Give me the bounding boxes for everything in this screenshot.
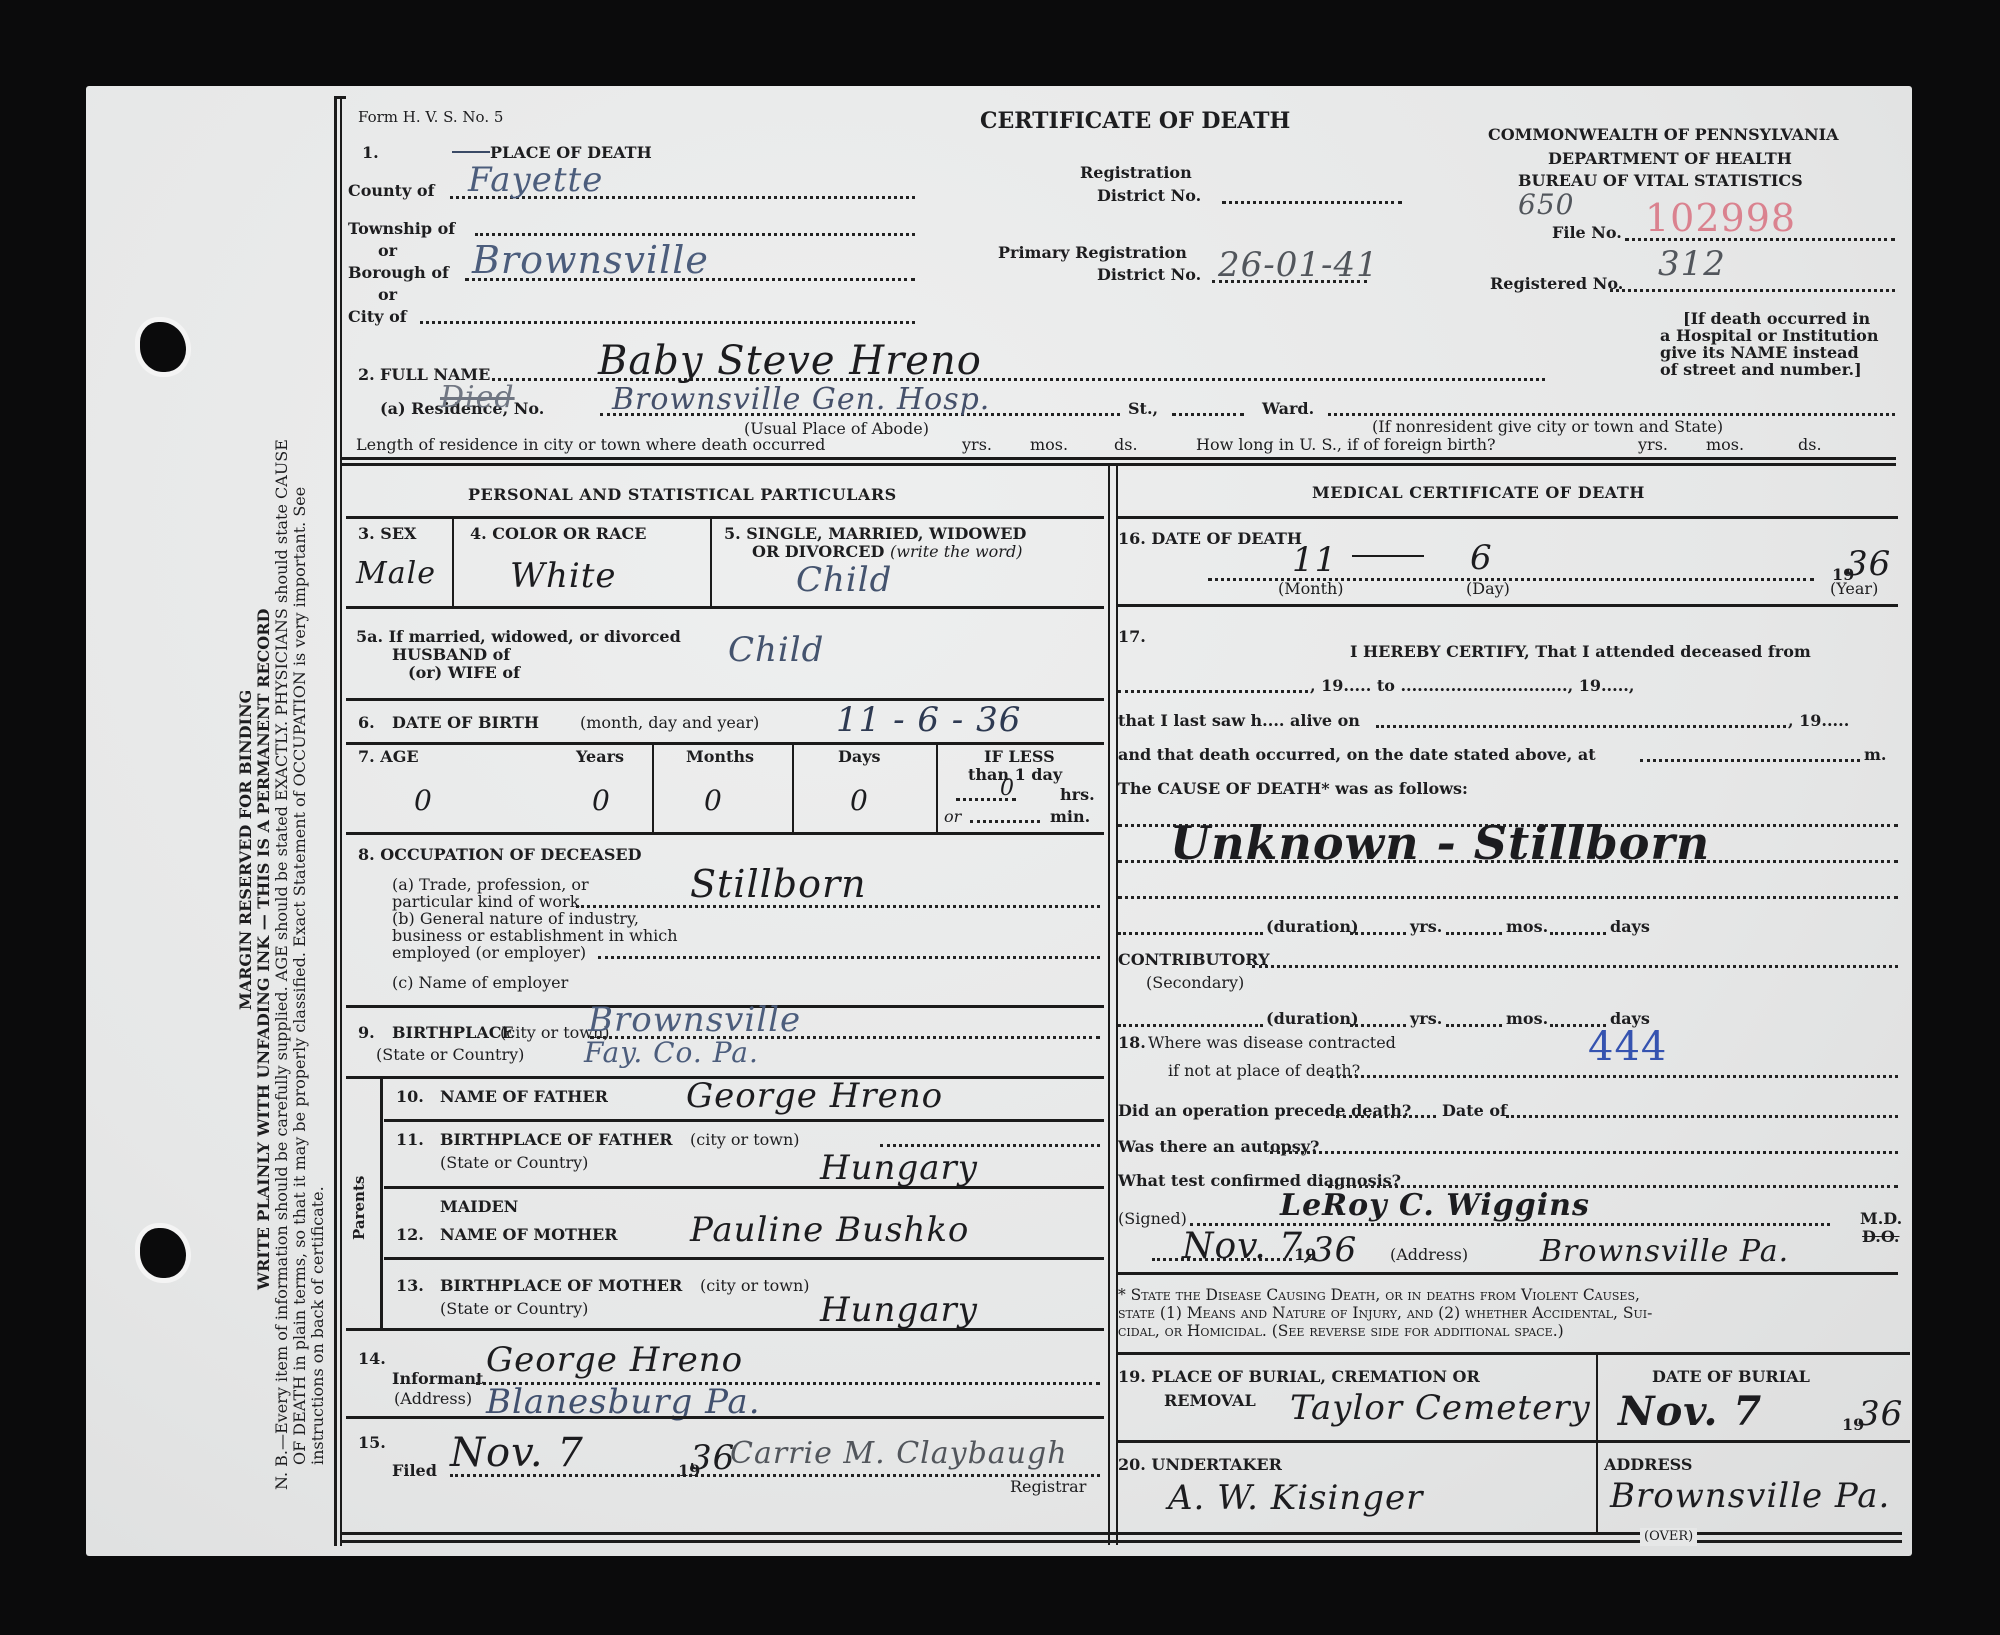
- item-number-13: 13.: [396, 1277, 424, 1295]
- spouse-field[interactable]: Child: [728, 630, 824, 670]
- cause-days-field[interactable]: [1550, 932, 1606, 935]
- dod-dash: [1352, 555, 1424, 557]
- file-no-stamp: 102998: [1645, 196, 1796, 240]
- than-one-day-label: than 1 day: [968, 766, 1062, 784]
- how-long-us-label: How long in U. S., if of foreign birth?: [1196, 436, 1496, 454]
- death-time-label: and that death occurred, on the date sta…: [1118, 746, 1596, 764]
- marital-label-2: OR DIVORCED: [752, 543, 884, 561]
- cause-mos-field[interactable]: [1446, 932, 1502, 935]
- registration-district-field[interactable]: [1222, 201, 1402, 204]
- item-number-11: 11.: [396, 1131, 424, 1149]
- contributory-field[interactable]: [1252, 965, 1898, 968]
- divider-race: [710, 518, 712, 606]
- birthplace-label: BIRTHPLACE: [392, 1024, 514, 1042]
- contrib-duration-dots: [1118, 1024, 1263, 1027]
- nonresident-note: (If nonresident give city or town and St…: [1372, 418, 1723, 436]
- physician-signature-field[interactable]: LeRoy C. Wiggins: [1280, 1188, 1590, 1223]
- item-number-2: 2.: [358, 366, 375, 384]
- margin-line-1: MARGIN RESERVED FOR BINDING: [236, 690, 255, 1010]
- dod-month-field[interactable]: 11: [1292, 540, 1337, 580]
- divider-dod: [1118, 604, 1898, 607]
- divider-signed: [1118, 1272, 1898, 1275]
- mother-birthplace-hint: (city or town): [700, 1277, 810, 1295]
- city-label: City of: [348, 308, 407, 326]
- dod-year-field[interactable]: 36: [1846, 544, 1891, 584]
- maiden-label: MAIDEN: [440, 1198, 518, 1216]
- days-label-1: days: [1610, 918, 1650, 936]
- attended-from-field[interactable]: [1118, 690, 1308, 693]
- divider-medical: [1118, 516, 1898, 519]
- divider-sex-row: [346, 606, 1104, 609]
- signed-label: (Signed): [1118, 1210, 1187, 1228]
- informant-address-label: (Address): [394, 1390, 472, 1408]
- undertaker-address-label: ADDRESS: [1604, 1456, 1692, 1474]
- spouse-label-1: 5a. If married, widowed, or divorced: [356, 628, 681, 646]
- occupation-b-field[interactable]: [598, 956, 1100, 959]
- cause-duration-dots: [1118, 932, 1263, 935]
- dod-day-field[interactable]: 6: [1470, 538, 1493, 578]
- registrar-label: Registrar: [1010, 1478, 1086, 1496]
- full-name-field[interactable]: Baby Steve Hreno: [598, 338, 982, 384]
- dob-field[interactable]: 11 - 6 - 36: [836, 700, 1021, 740]
- occupation-label: 8. OCCUPATION OF DECEASED: [358, 846, 641, 864]
- physician-address-label: (Address): [1390, 1246, 1468, 1264]
- autopsy-field[interactable]: [1270, 1151, 1898, 1154]
- last-saw-label: that I last saw h.... alive on: [1118, 712, 1360, 730]
- sex-field[interactable]: Male: [356, 556, 436, 591]
- month-caption: (Month): [1278, 580, 1344, 598]
- day-caption: (Day): [1466, 580, 1510, 598]
- margin-line-5: instructions on back of certificate.: [308, 1186, 327, 1465]
- cause-label: The CAUSE OF DEATH* was as follows:: [1118, 780, 1468, 798]
- birthplace-state-field[interactable]: Fay. Co. Pa.: [584, 1036, 759, 1069]
- days-field[interactable]: 0: [850, 784, 869, 817]
- registrar-signature: Carrie M. Claybaugh: [730, 1436, 1068, 1471]
- or-label: or: [944, 808, 961, 826]
- margin-line-3: N. B.—Every item of information should b…: [272, 439, 291, 1490]
- duration-label-1: (duration): [1266, 918, 1359, 936]
- filed-label: Filed: [392, 1462, 437, 1480]
- signed-year-field[interactable]: 36: [1312, 1230, 1357, 1270]
- attended-range-text: , 19..... to ...........................…: [1310, 677, 1634, 695]
- length-residence-label: Length of residence in city or town wher…: [356, 436, 825, 454]
- contracted-annotation: 444: [1588, 1024, 1667, 1070]
- agency-line-1: COMMONWEALTH OF PENNSYLVANIA: [1488, 126, 1839, 144]
- file-no-annotation: 650: [1518, 188, 1574, 221]
- informant-field[interactable]: George Hreno: [486, 1340, 743, 1380]
- divider-father: [384, 1119, 1104, 1122]
- us-mos[interactable]: mos.: [1706, 436, 1744, 454]
- burial-place-label-2: REMOVAL: [1164, 1392, 1256, 1410]
- divider-months: [792, 744, 794, 832]
- min-field[interactable]: [970, 820, 1040, 823]
- mother-birthplace-field[interactable]: Hungary: [820, 1290, 978, 1330]
- burial-date-field[interactable]: Nov. 7: [1618, 1388, 1762, 1435]
- us-yrs[interactable]: yrs.: [1638, 436, 1668, 454]
- item-number-15: 15.: [358, 1434, 386, 1452]
- footnote-line-3: cidal, or Homicidal. (See reverse side f…: [1118, 1322, 1564, 1340]
- column-divider-outer: [1108, 463, 1110, 1545]
- frame-left-outer: [334, 96, 337, 1546]
- birthplace-city-field[interactable]: Brownsville: [588, 1000, 801, 1040]
- marital-field[interactable]: Child: [796, 560, 892, 600]
- length-mos[interactable]: mos.: [1030, 436, 1068, 454]
- contrib-yrs-field[interactable]: [1350, 1024, 1406, 1027]
- dob-label: DATE OF BIRTH: [392, 714, 539, 732]
- father-birthplace-state-label: (State or Country): [440, 1154, 588, 1172]
- operation-date-label: Date of: [1442, 1102, 1507, 1120]
- divider-main-top: [340, 457, 1896, 460]
- age-field[interactable]: 0: [414, 784, 433, 817]
- item-number-17: 17.: [1118, 628, 1146, 646]
- divider-father-birthplace: [384, 1186, 1104, 1189]
- spouse-label-3: (or) WIFE of: [408, 664, 520, 682]
- hospital-note-4: of street and number.]: [1660, 361, 1862, 379]
- occupation-c-label: (c) Name of employer: [392, 974, 568, 992]
- divider-sex: [452, 518, 454, 606]
- divider-burial-column: [1596, 1354, 1598, 1532]
- township-label: Township of: [348, 220, 455, 238]
- occupation-a-field[interactable]: Stillborn: [690, 862, 867, 906]
- ward-field[interactable]: [1328, 413, 1895, 416]
- residence-strike: Died: [440, 380, 515, 415]
- yrs-label-1: yrs.: [1410, 918, 1442, 936]
- divider-days: [936, 744, 938, 832]
- ward-label: Ward.: [1262, 400, 1314, 418]
- contrib-mos-field[interactable]: [1446, 1024, 1502, 1027]
- footnote-line-1: * State the Disease Causing Death, or in…: [1118, 1286, 1640, 1304]
- informant-label: Informant: [392, 1370, 483, 1388]
- margin-line-4: OF DEATH in plain terms, so that it may …: [290, 487, 309, 1465]
- item-number-9: 9.: [358, 1024, 375, 1042]
- agency-line-2: DEPARTMENT OF HEALTH: [1548, 150, 1792, 168]
- father-birthplace-city-field[interactable]: [880, 1144, 1100, 1147]
- divider-main-top-2: [340, 463, 1896, 466]
- last-saw-year: , 19.....: [1788, 712, 1849, 730]
- primary-district-field[interactable]: 26-01-41: [1218, 245, 1379, 285]
- divider-parents: [346, 1328, 1104, 1331]
- min-label: min.: [1050, 808, 1090, 826]
- mother-birthplace-state-label: (State or Country): [440, 1300, 588, 1318]
- months-field[interactable]: 0: [704, 784, 723, 817]
- frame-top-tick: [334, 96, 346, 99]
- primary-district-label: District No.: [1097, 266, 1201, 284]
- footnote-line-2: state (1) Means and Nature of Injury, an…: [1118, 1304, 1652, 1322]
- mos-label-1: mos.: [1506, 918, 1548, 936]
- age-label: 7. AGE: [358, 748, 419, 766]
- undertaker-field[interactable]: A. W. Kisinger: [1168, 1478, 1423, 1518]
- dod-label: 16. DATE OF DEATH: [1118, 530, 1302, 548]
- undertaker-address-field[interactable]: Brownsville Pa.: [1610, 1476, 1890, 1516]
- undertaker-label: 20. UNDERTAKER: [1118, 1456, 1282, 1474]
- marital-label-1: 5. SINGLE, MARRIED, WIDOWED: [724, 525, 1026, 543]
- cause-line-3: [1118, 896, 1898, 899]
- borough-field[interactable]: Brownsville: [472, 238, 709, 282]
- operation-field[interactable]: [1336, 1115, 1436, 1118]
- if-less-label: IF LESS: [984, 748, 1055, 766]
- race-label: 4. COLOR OR RACE: [470, 525, 646, 543]
- mother-field[interactable]: Pauline Bushko: [690, 1210, 969, 1250]
- filed-year-field[interactable]: 36: [690, 1438, 735, 1478]
- registration-district-label: District No.: [1097, 187, 1201, 205]
- divider-footnote: [1118, 1352, 1910, 1355]
- certify-text: I HEREBY CERTIFY, That I attended deceas…: [1350, 643, 1811, 661]
- mos-label-2: mos.: [1506, 1010, 1548, 1028]
- md-label: M.D.: [1860, 1210, 1902, 1228]
- borough-label: Borough of: [348, 264, 449, 282]
- secondary-label: (Secondary): [1146, 974, 1244, 992]
- hrs-label: hrs.: [1060, 786, 1095, 804]
- item-number-12: 12.: [396, 1226, 424, 1244]
- father-birthplace-field[interactable]: Hungary: [820, 1148, 978, 1188]
- street-field[interactable]: [1172, 413, 1244, 416]
- page-title: CERTIFICATE OF DEATH: [980, 108, 1290, 134]
- contracted-field[interactable]: [1330, 1075, 1898, 1078]
- father-label: NAME OF FATHER: [440, 1088, 608, 1106]
- year-caption: (Year): [1830, 580, 1878, 598]
- years-field[interactable]: 0: [592, 784, 611, 817]
- divider-years: [652, 744, 654, 832]
- registration-label: Registration: [1080, 164, 1192, 182]
- filed-date-field[interactable]: Nov. 7: [450, 1430, 584, 1476]
- last-saw-field[interactable]: [1376, 725, 1786, 728]
- father-field[interactable]: George Hreno: [686, 1076, 943, 1116]
- death-time-field[interactable]: [1640, 759, 1860, 762]
- cause-yrs-field[interactable]: [1350, 932, 1406, 935]
- or-label-1: or: [378, 242, 397, 260]
- registered-no-field[interactable]: 312: [1658, 244, 1726, 284]
- occupation-b-label-3: employed (or employer): [392, 944, 586, 962]
- residence-field[interactable]: Brownsville Gen. Hosp.: [612, 382, 990, 417]
- burial-place-field[interactable]: Taylor Cemetery: [1290, 1388, 1591, 1428]
- strike-mark: [452, 151, 490, 153]
- divider-age: [346, 832, 1104, 835]
- medical-heading: MEDICAL CERTIFICATE OF DEATH: [1312, 484, 1645, 502]
- months-label: Months: [686, 748, 754, 766]
- contracted-label-1: Where was disease contracted: [1148, 1034, 1396, 1052]
- father-birthplace-label: BIRTHPLACE OF FATHER: [440, 1131, 673, 1149]
- item-number-1: 1.: [362, 144, 379, 162]
- divider-informant: [346, 1416, 1104, 1419]
- death-time-suffix: m.: [1864, 746, 1887, 764]
- length-ds[interactable]: ds.: [1114, 436, 1138, 454]
- parents-side-label: Parents: [350, 1176, 369, 1240]
- registered-no-dots: [1610, 289, 1895, 292]
- divider-personal: [346, 516, 1104, 519]
- divider-mother: [384, 1257, 1104, 1260]
- mother-label: NAME OF MOTHER: [440, 1226, 618, 1244]
- divider-burial: [1118, 1440, 1910, 1443]
- county-label: County of: [348, 182, 434, 200]
- street-label: St.,: [1128, 400, 1158, 418]
- primary-registration-label: Primary Registration: [998, 244, 1187, 262]
- operation-date-field[interactable]: [1506, 1115, 1898, 1118]
- form-number: Form H. V. S. No. 5: [358, 108, 503, 126]
- item-number-10: 10.: [396, 1088, 424, 1106]
- city-field[interactable]: [420, 321, 915, 324]
- length-yrs[interactable]: yrs.: [962, 436, 992, 454]
- days-label: Days: [838, 748, 881, 766]
- physician-address-field[interactable]: Brownsville Pa.: [1540, 1234, 1789, 1269]
- dob-hint: (month, day and year): [580, 714, 759, 732]
- mother-birthplace-label: BIRTHPLACE OF MOTHER: [440, 1277, 682, 1295]
- divider-dob: [346, 742, 1104, 745]
- margin-line-2: WRITE PLAINLY WITH UNFADING INK — THIS I…: [254, 609, 273, 1290]
- hrs-field[interactable]: 0: [1000, 776, 1015, 801]
- yrs-label-2: yrs.: [1410, 1010, 1442, 1028]
- registered-no-label: Registered No.: [1490, 275, 1623, 293]
- burial-year-field[interactable]: 36: [1858, 1394, 1903, 1434]
- frame-left-inner: [340, 96, 342, 1546]
- burial-place-label-1: 19. PLACE OF BURIAL, CREMATION OR: [1118, 1368, 1480, 1386]
- years-label: Years: [576, 748, 624, 766]
- cause-field[interactable]: Unknown - Stillborn: [1170, 816, 1710, 870]
- race-field[interactable]: White: [510, 556, 617, 596]
- father-birthplace-hint: (city or town): [690, 1131, 800, 1149]
- spouse-label-2: HUSBAND of: [392, 646, 510, 664]
- item-number-18: 18.: [1118, 1034, 1146, 1052]
- birthplace-state-label: (State or Country): [376, 1046, 524, 1064]
- item-number-14: 14.: [358, 1350, 386, 1368]
- do-label: D.O.: [1862, 1228, 1899, 1246]
- township-field[interactable]: [475, 233, 915, 236]
- marital-label-3: (write the word): [890, 543, 1022, 561]
- over-note: (OVER): [1640, 1528, 1697, 1546]
- personal-heading: PERSONAL AND STATISTICAL PARTICULARS: [468, 486, 897, 504]
- parents-bracket: [380, 1078, 383, 1328]
- county-field[interactable]: Fayette: [468, 160, 603, 200]
- or-label-2: or: [378, 286, 397, 304]
- file-no-label: File No.: [1552, 224, 1622, 242]
- duration-label-2: (duration): [1266, 1010, 1359, 1028]
- contributory-label: CONTRIBUTORY: [1118, 951, 1270, 969]
- item-number-6: 6.: [358, 714, 375, 732]
- burial-date-label: DATE OF BURIAL: [1652, 1368, 1810, 1386]
- us-ds[interactable]: ds.: [1798, 436, 1822, 454]
- sex-label: 3. SEX: [358, 525, 416, 543]
